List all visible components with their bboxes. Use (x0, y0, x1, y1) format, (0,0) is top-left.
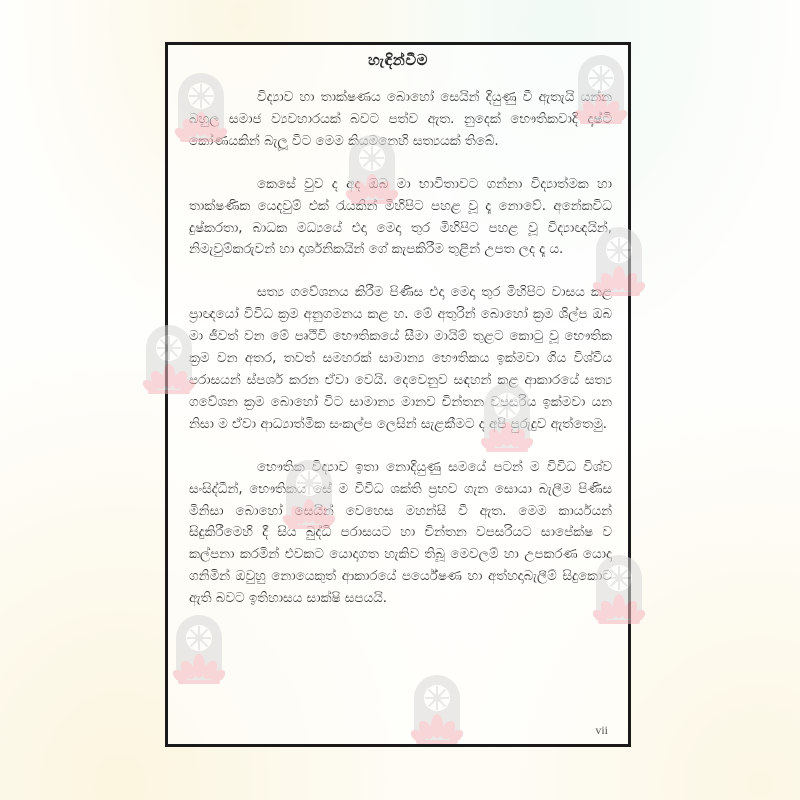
book-page: හැඳින්වීම විද්‍යාව හා තාක්ෂණය බොහෝ සෙයින… (165, 42, 631, 747)
paragraph-1: විද්‍යාව හා තාක්ෂණය බොහෝ සෙයින් දියුණු ව… (189, 87, 612, 153)
page-title: හැඳින්වීම (168, 51, 628, 69)
paragraph-3: සත්‍ය ගවේශනය කිරීම පිණිස එදා මෙදා තුර මි… (189, 282, 612, 435)
paragraph-2: කෙසේ වුව ද අද ඔබ මා භාවිතාවට ගන්නා විද්‍… (189, 174, 612, 262)
page-number: vii (595, 723, 608, 738)
body-text: විද්‍යාව හා තාක්ෂණය බොහෝ සෙයින් දියුණු ව… (189, 87, 612, 631)
paragraph-4: භෞතික විද්‍යාව ඉතා නොදියුණු සමයේ පටන් ම … (189, 457, 612, 610)
